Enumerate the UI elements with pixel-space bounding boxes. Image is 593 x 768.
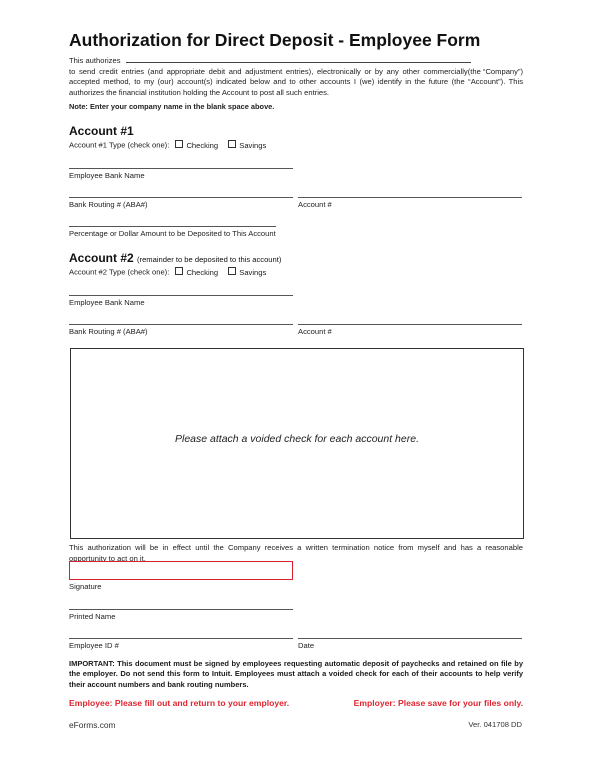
employee-id-field[interactable] bbox=[69, 638, 293, 639]
employee-instruction: Employee: Please fill out and return to … bbox=[69, 698, 289, 708]
account1-type-row: Account #1 Type (check one): Checking Sa… bbox=[69, 140, 266, 150]
checking-label: Checking bbox=[186, 141, 218, 150]
account2-heading: Account #2 (remainder to be deposited to… bbox=[69, 251, 281, 265]
intro-paragraph: This authorizes (the “Company”) to send … bbox=[69, 54, 523, 98]
employer-instruction: Employer: Please save for your files onl… bbox=[354, 698, 523, 708]
account1-routing-label: Bank Routing # (ABA#) bbox=[69, 200, 148, 209]
account2-type-row: Account #2 Type (check one): Checking Sa… bbox=[69, 267, 266, 277]
account1-type-label: Account #1 Type (check one): bbox=[69, 141, 169, 150]
intro-lead: This authorizes bbox=[69, 56, 121, 65]
account2-savings-checkbox[interactable] bbox=[228, 267, 236, 275]
account1-account-label: Account # bbox=[298, 200, 332, 209]
account2-heading-note: (remainder to be deposited to this accou… bbox=[137, 255, 281, 264]
account2-bank-name-field[interactable] bbox=[69, 295, 293, 296]
account1-savings-checkbox[interactable] bbox=[228, 140, 236, 148]
date-field[interactable] bbox=[298, 638, 522, 639]
savings-label: Savings bbox=[239, 141, 266, 150]
signature-field[interactable] bbox=[69, 561, 293, 580]
account2-bank-name-label: Employee Bank Name bbox=[69, 298, 145, 307]
company-suffix: (the “Company”) bbox=[468, 67, 523, 78]
account2-type-label: Account #2 Type (check one): bbox=[69, 268, 169, 277]
account2-routing-label: Bank Routing # (ABA#) bbox=[69, 327, 148, 336]
account1-account-field[interactable] bbox=[298, 197, 522, 198]
account1-bank-name-field[interactable] bbox=[69, 168, 293, 169]
company-line: This authorizes (the “Company”) bbox=[69, 54, 523, 67]
account2-account-label: Account # bbox=[298, 327, 332, 336]
printed-name-label: Printed Name bbox=[69, 612, 115, 621]
footer-version: Ver. 041708 DD bbox=[468, 720, 522, 729]
account1-checking-option[interactable]: Checking bbox=[175, 141, 218, 150]
savings-label: Savings bbox=[239, 268, 266, 277]
account2-savings-option[interactable]: Savings bbox=[228, 268, 266, 277]
voided-check-attachment-area: Please attach a voided check for each ac… bbox=[70, 348, 524, 539]
checking-label: Checking bbox=[186, 268, 218, 277]
footer-brand: eForms.com bbox=[69, 720, 116, 730]
account1-savings-option[interactable]: Savings bbox=[228, 141, 266, 150]
account1-bank-name-label: Employee Bank Name bbox=[69, 171, 145, 180]
employee-id-label: Employee ID # bbox=[69, 641, 119, 650]
date-label: Date bbox=[298, 641, 314, 650]
account2-routing-field[interactable] bbox=[69, 324, 293, 325]
account2-checking-checkbox[interactable] bbox=[175, 267, 183, 275]
signature-label: Signature bbox=[69, 582, 102, 591]
account2-account-field[interactable] bbox=[298, 324, 522, 325]
printed-name-field[interactable] bbox=[69, 609, 293, 610]
form-title: Authorization for Direct Deposit - Emplo… bbox=[69, 30, 480, 51]
account1-checking-checkbox[interactable] bbox=[175, 140, 183, 148]
voided-check-instruction: Please attach a voided check for each ac… bbox=[71, 433, 523, 445]
account2-checking-option[interactable]: Checking bbox=[175, 268, 218, 277]
account1-amount-field[interactable] bbox=[69, 226, 276, 227]
account1-heading: Account #1 bbox=[69, 124, 134, 138]
important-notice: IMPORTANT: This document must be signed … bbox=[69, 659, 523, 690]
account1-amount-label: Percentage or Dollar Amount to be Deposi… bbox=[69, 229, 276, 238]
account1-routing-field[interactable] bbox=[69, 197, 293, 198]
company-note: Note: Enter your company name in the bla… bbox=[69, 102, 274, 113]
intro-body: to send credit entries (and appropriate … bbox=[69, 67, 523, 99]
company-name-field[interactable] bbox=[126, 54, 471, 63]
account2-heading-text: Account #2 bbox=[69, 251, 134, 265]
